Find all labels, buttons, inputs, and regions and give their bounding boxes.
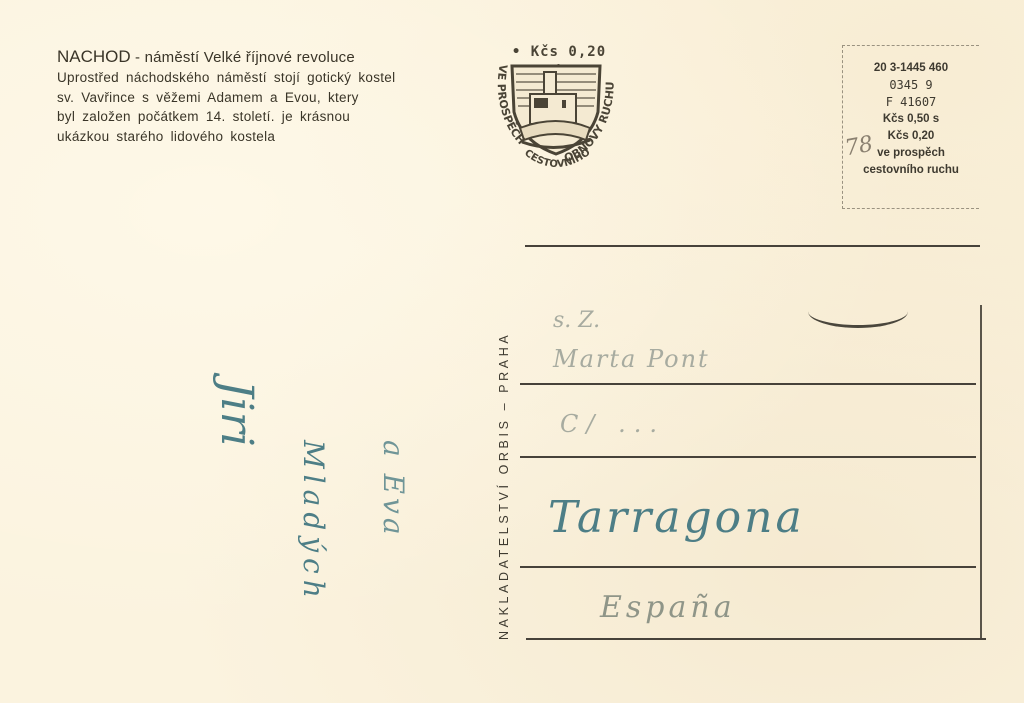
- caption-line: ukázkou starého lidového kostela: [57, 127, 457, 147]
- meter-row: 0345 9: [843, 77, 979, 94]
- stamp-graphic: VE PROSPĚCH OBNOVY RUCHU CESTOVNÍHO: [486, 42, 626, 177]
- caption-title-rest: - náměstí Velké říjnové revoluce: [131, 49, 355, 66]
- caption-place: NACHOD: [57, 47, 131, 66]
- address-rule: [520, 566, 976, 568]
- signature: a Eva: [377, 440, 410, 539]
- meter-row: F 41607: [843, 94, 979, 111]
- address-line: Marta Pont: [553, 345, 710, 373]
- caption-line: byl založen počátkem 14. století. je krá…: [57, 107, 457, 127]
- signature: Jiri: [211, 380, 262, 447]
- meter-row: 20 3-1445 460: [843, 60, 979, 77]
- address-rule: [520, 456, 976, 458]
- address-rule: [526, 638, 986, 640]
- caption-line: Uprostřed náchodského náměstí stojí goti…: [57, 68, 457, 88]
- signature: Mladých: [297, 440, 330, 604]
- postage-meter-box: 20 3-1445 460 0345 9 F 41607 Kčs 0,50 s …: [842, 45, 979, 209]
- publisher-imprint: NAKLADATELSTVÍ ORBIS – PRAHA: [497, 240, 511, 640]
- address-rule: [520, 383, 976, 385]
- address-top-rule: [525, 245, 980, 247]
- postmark-arc: [808, 295, 908, 328]
- caption-title: NACHOD - náměstí Velké říjnové revoluce: [57, 47, 457, 68]
- meter-handwritten-note: 78: [843, 132, 875, 161]
- address-right-rule: [980, 305, 982, 638]
- address-country: España: [600, 590, 736, 625]
- meter-row: Kčs 0,50 s: [843, 111, 979, 128]
- printed-stamp: • Kčs 0,20 • VE PROSPĚCH OBNOVY RUCH: [486, 42, 626, 177]
- caption-line: sv. Vavřince s věžemi Adamem a Evou, kte…: [57, 88, 457, 108]
- address-city: Tarragona: [548, 492, 805, 543]
- address-line: s. Z.: [553, 308, 600, 333]
- meter-row: cestovního ruchu: [843, 162, 979, 179]
- caption-block: NACHOD - náměstí Velké říjnové revoluce …: [57, 47, 457, 146]
- address-line: C/ ...: [560, 410, 665, 438]
